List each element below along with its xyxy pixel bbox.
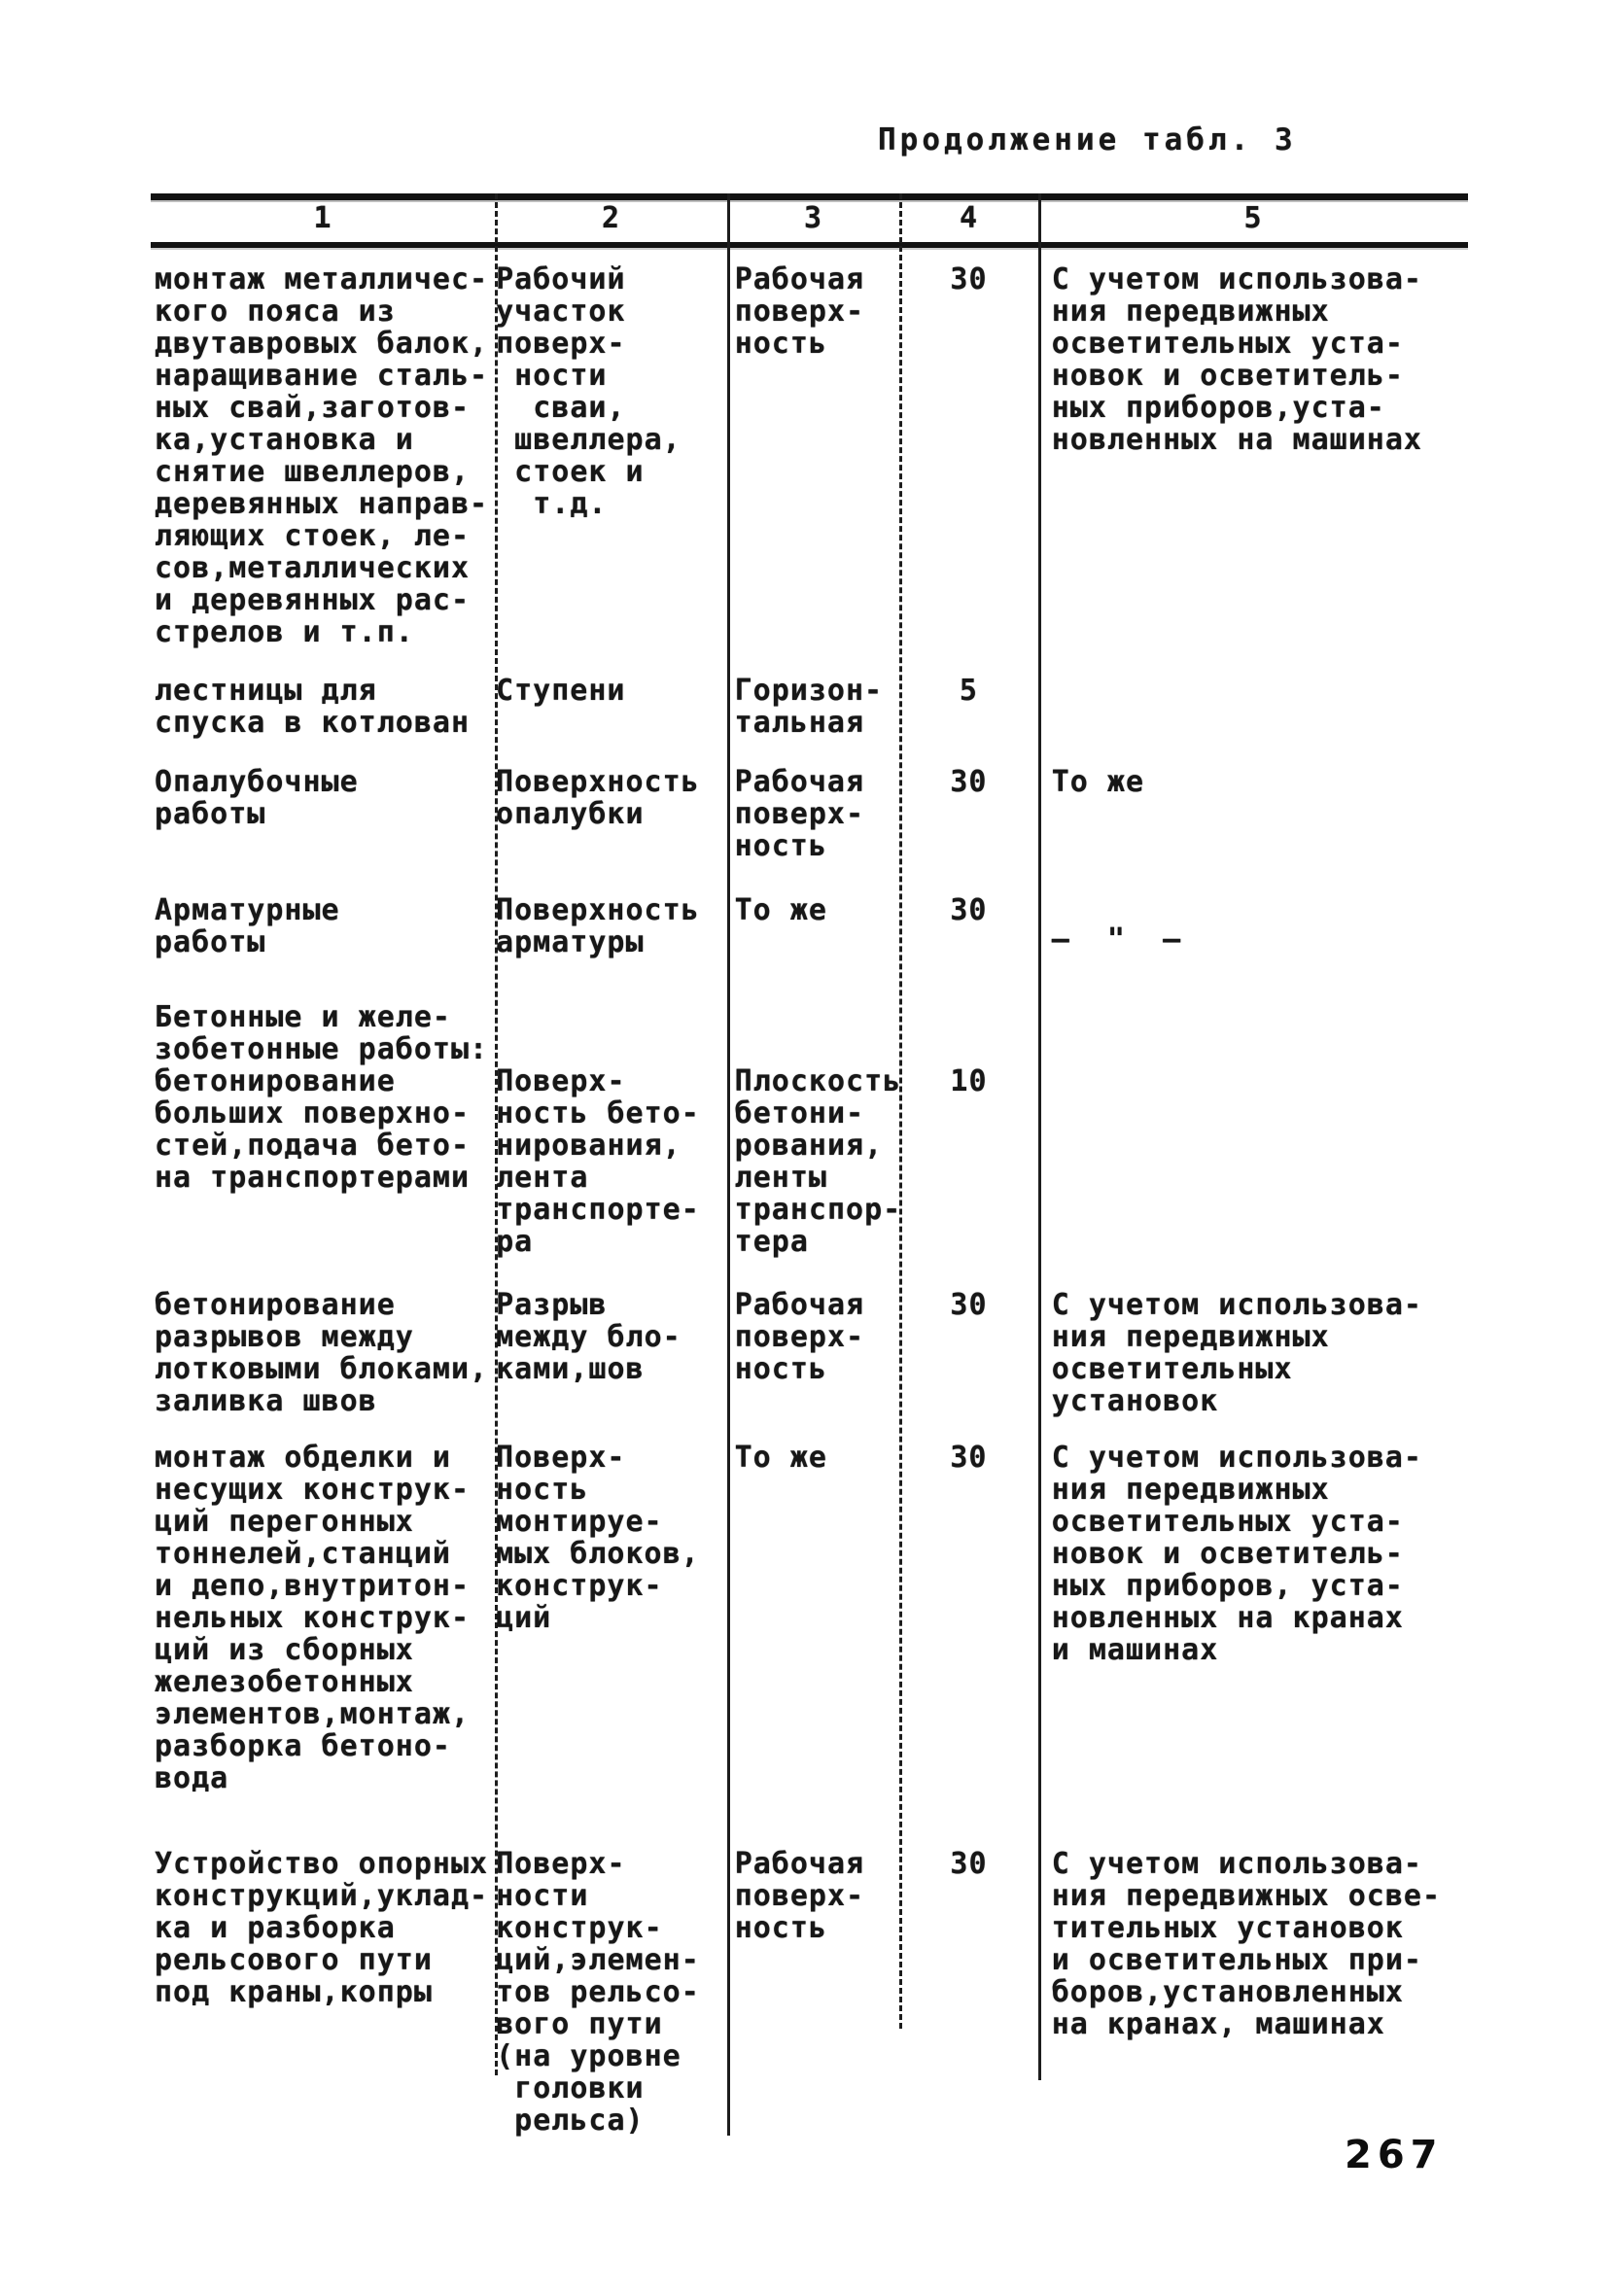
table-row: бетонирование разрывов между лотковыми б…	[151, 1289, 1468, 1417]
cell-work-type: монтаж обделки и несущих конструк- ций п…	[151, 1442, 488, 1794]
cell-plane: То же	[721, 894, 902, 926]
table-row: монтаж обделки и несущих конструк- ций п…	[151, 1442, 1468, 1794]
cell-work-type: лестницы для спуска в котлован	[151, 675, 488, 739]
cell-lux-value: 30	[901, 1442, 1036, 1474]
cell-note ditto-mark: — " —	[1036, 894, 1468, 956]
cell-plane: Горизон- тальная	[721, 675, 902, 739]
cell-illuminated-surface: Поверхность опалубки	[488, 766, 721, 830]
table-header-rule	[151, 242, 1468, 248]
cell-illuminated-surface: Поверх- ность монтируе- мых блоков, конс…	[488, 1442, 721, 1634]
cell-work-type: Устройство опорных конструкций,уклад- ка…	[151, 1848, 488, 2008]
cell-note: То же	[1036, 766, 1468, 798]
column-header: 3	[727, 202, 899, 234]
page-number: 267	[1345, 2133, 1444, 2177]
cell-plane: Рабочая поверх- ность	[721, 1289, 902, 1385]
cell-plane: То же	[721, 1442, 902, 1474]
cell-plane: Рабочая поверх- ность	[721, 263, 902, 360]
column-header: 1	[151, 202, 495, 234]
cell-work-type: монтаж металличес- кого пояса из двутавр…	[151, 263, 488, 648]
table-continuation-title: Продолжение табл. 3	[878, 124, 1297, 157]
cell-note: С учетом использова- ния передвижных осв…	[1036, 1289, 1468, 1417]
cell-lux-value: 10	[901, 1001, 1036, 1097]
table-header-row: 1 2 3 4 5	[151, 202, 1468, 234]
cell-work-type: Опалубочные работы	[151, 766, 488, 830]
table-row: лестницы для спуска в котлован Ступени Г…	[151, 675, 1468, 739]
column-header: 2	[495, 202, 727, 234]
cell-plane: Рабочая поверх- ность	[721, 1848, 902, 1944]
cell-work-type: Бетонные и желе- зобетонные работы: бето…	[151, 1001, 488, 1194]
cell-illuminated-surface: Поверх- ность бето- нирования, лента тра…	[488, 1001, 721, 1258]
cell-lux-value: 30	[901, 1848, 1036, 1880]
column-header: 5	[1038, 202, 1468, 234]
cell-lux-value: 30	[901, 263, 1036, 296]
cell-plane: Плоскость бетони- рования, ленты транспо…	[721, 1001, 902, 1258]
cell-illuminated-surface: Рабочий участок поверх- ности сваи, швел…	[488, 263, 721, 520]
cell-lux-value: 30	[901, 766, 1036, 798]
table-row: Арматурные работы Поверхность арматуры Т…	[151, 894, 1468, 958]
cell-plane: Рабочая поверх- ность	[721, 766, 902, 862]
cell-work-type: Арматурные работы	[151, 894, 488, 958]
cell-note: С учетом использова- ния передвижных осв…	[1036, 1848, 1468, 2040]
table-row: Бетонные и желе- зобетонные работы: бето…	[151, 1001, 1468, 1258]
cell-lux-value: 30	[901, 894, 1036, 926]
cell-illuminated-surface: Ступени	[488, 675, 721, 707]
table-row: Устройство опорных конструкций,уклад- ка…	[151, 1848, 1468, 2137]
table-row: монтаж металличес- кого пояса из двутавр…	[151, 263, 1468, 648]
cell-lux-value: 5	[901, 675, 1036, 707]
cell-work-type: бетонирование разрывов между лотковыми б…	[151, 1289, 488, 1417]
table-row: Опалубочные работы Поверхность опалубки …	[151, 766, 1468, 862]
column-header: 4	[899, 202, 1038, 234]
cell-note: С учетом использова- ния передвижных осв…	[1036, 263, 1468, 456]
cell-illuminated-surface: Поверх- ности конструк- ций,элемен- тов …	[488, 1848, 721, 2137]
cell-illuminated-surface: Поверхность арматуры	[488, 894, 721, 958]
table-top-rule	[151, 193, 1468, 200]
scanned-document-page: Продолжение табл. 3 1 2 3 4 5 монтаж мет…	[0, 0, 1608, 2296]
cell-illuminated-surface: Разрыв между бло- ками,шов	[488, 1289, 721, 1385]
cell-lux-value: 30	[901, 1289, 1036, 1321]
cell-note: С учетом использова- ния передвижных осв…	[1036, 1442, 1468, 1666]
